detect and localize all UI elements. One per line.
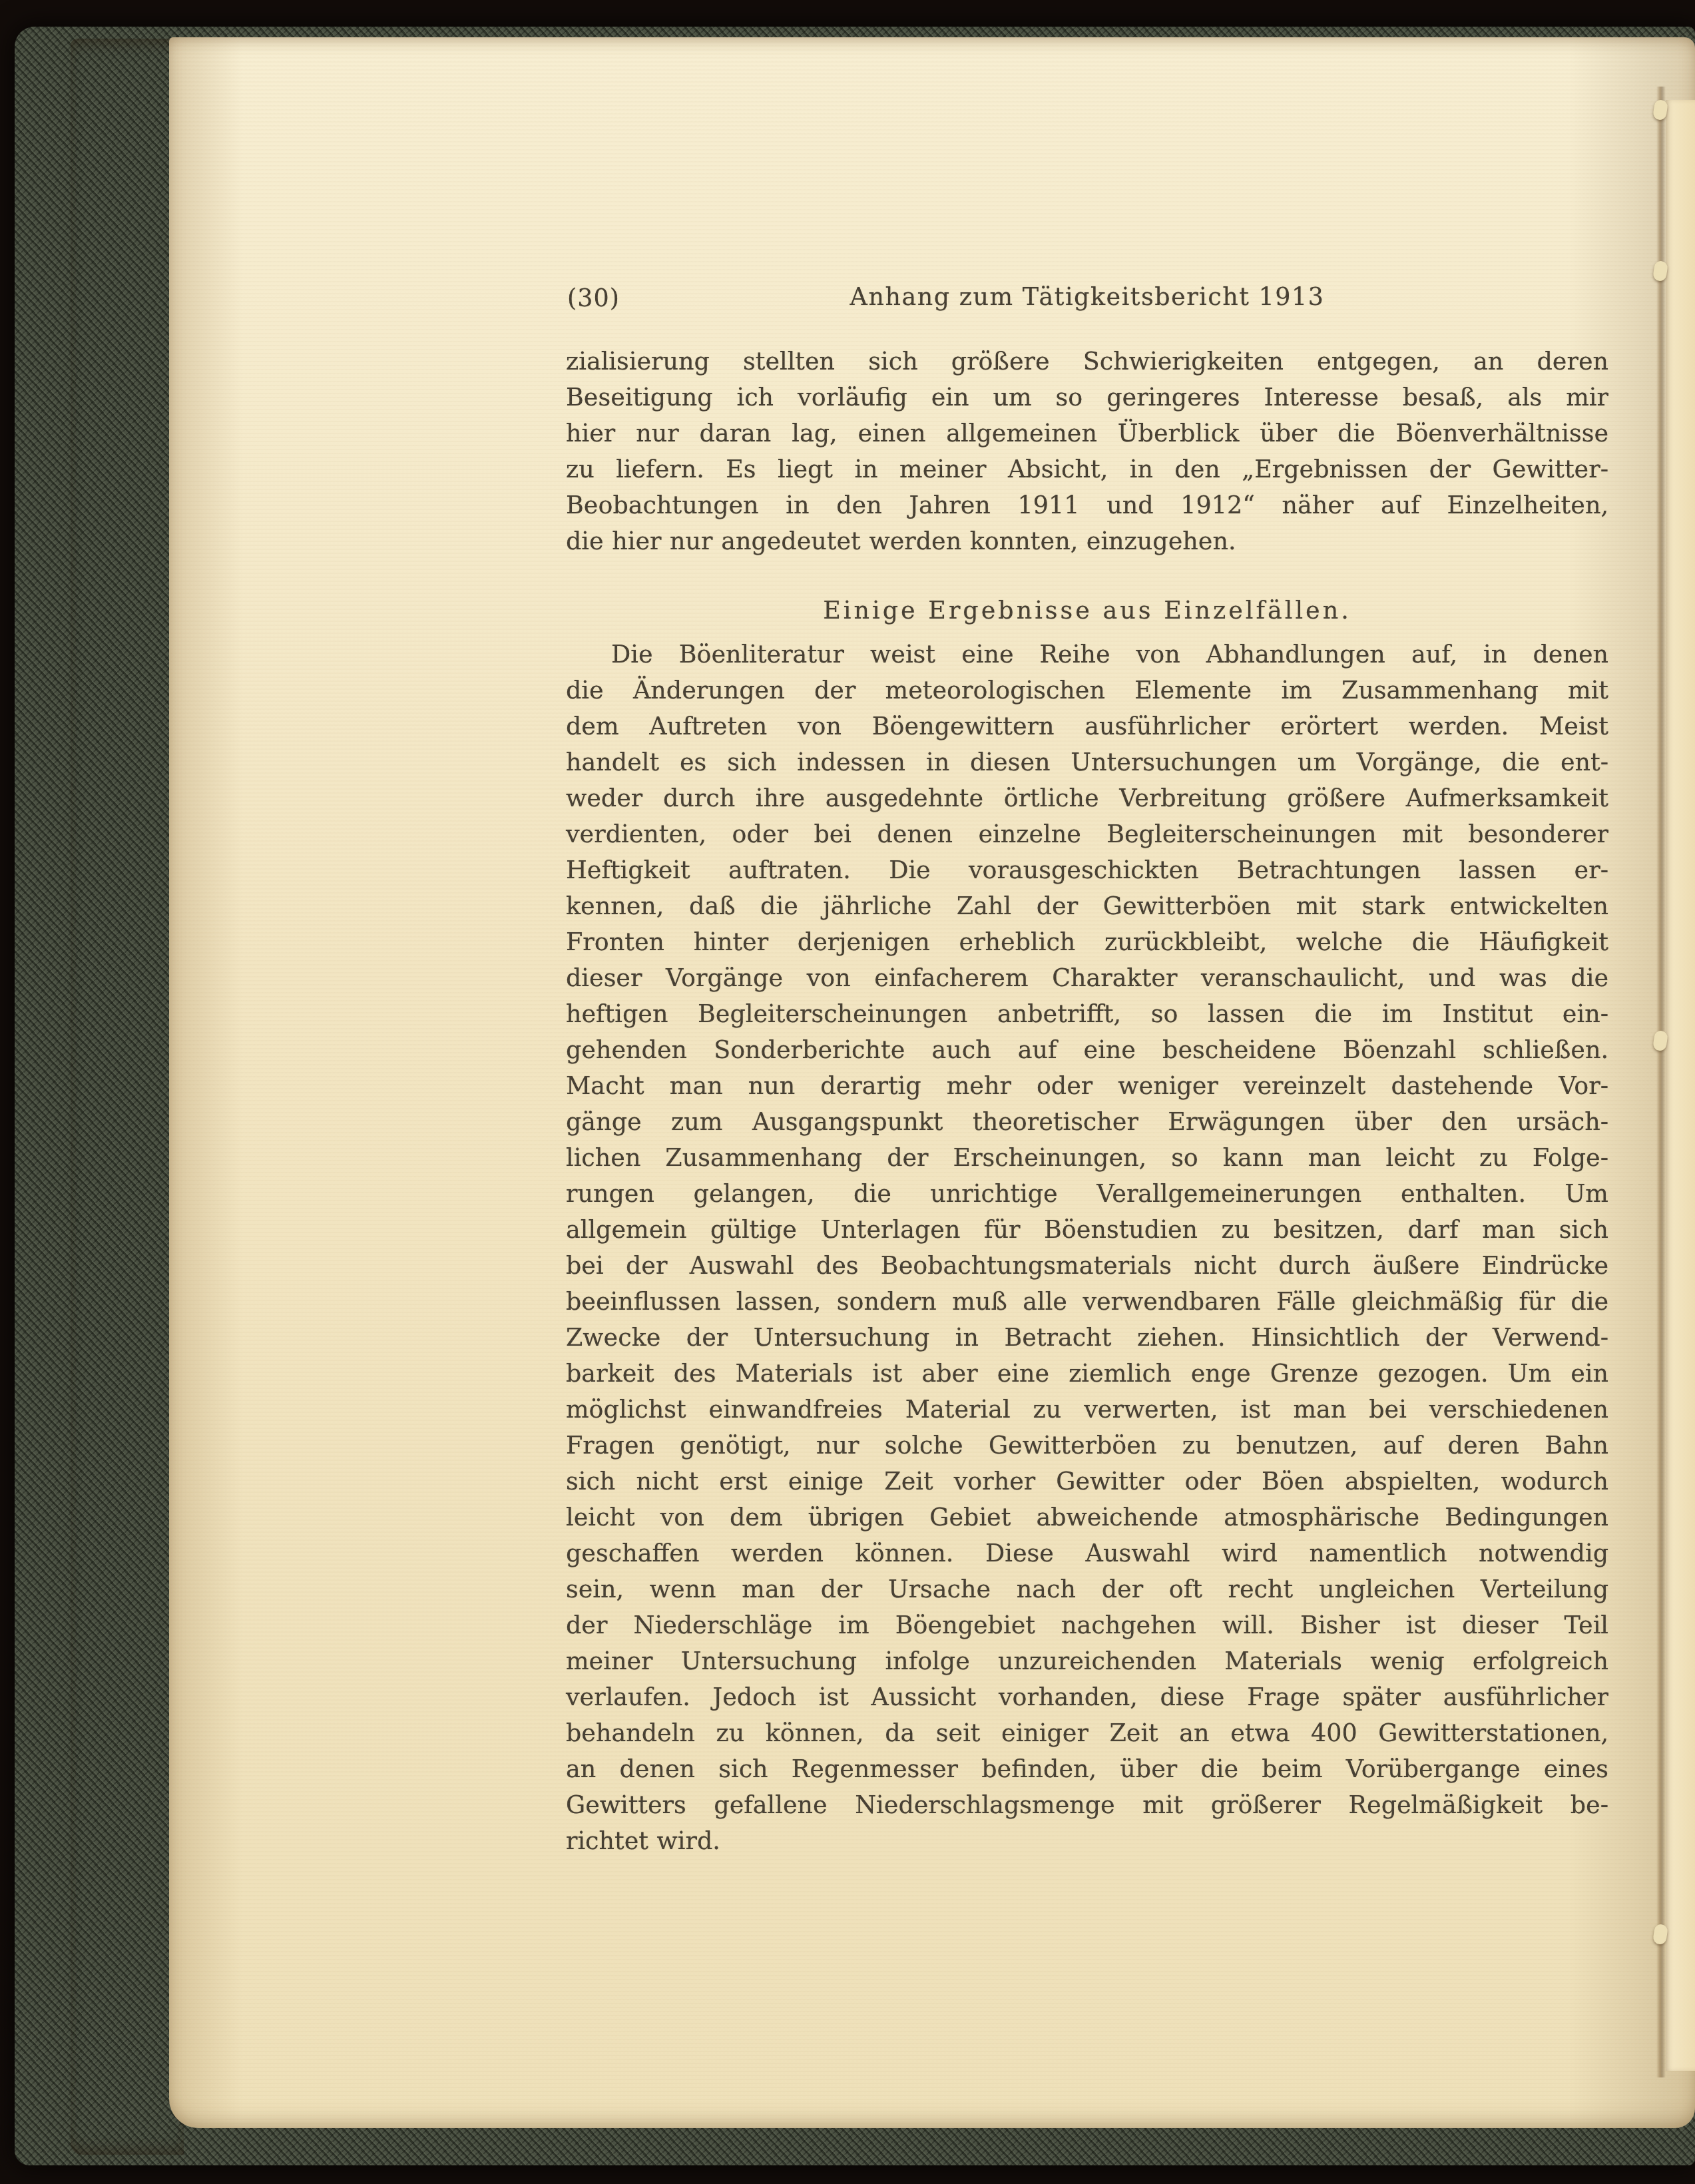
text-line: leicht von dem übrigen Gebiet abweichend…	[566, 1500, 1608, 1535]
text-line: hier nur daran lag, einen allgemeinen Üb…	[566, 415, 1608, 451]
text-line: Beobachtungen in den Jahren 1911 und 191…	[566, 487, 1608, 523]
text-line: verdienten, oder bei denen einzelne Begl…	[566, 816, 1608, 852]
text-line: zu liefern. Es liegt in meiner Absicht, …	[566, 451, 1608, 487]
text-line: beeinflussen lassen, sondern muß alle ve…	[566, 1284, 1608, 1320]
text-line: Fragen genötigt, nur solche Gewitterböen…	[566, 1428, 1608, 1464]
text-line: barkeit des Materials ist aber eine ziem…	[566, 1356, 1608, 1392]
text-line: sein, wenn man der Ursache nach der oft …	[566, 1571, 1608, 1607]
text-line: zialisierung stellten sich größere Schwi…	[566, 344, 1608, 380]
text-line: weder durch ihre ausgedehnte örtliche Ve…	[566, 780, 1608, 816]
page-text-block: (30) Anhang zum Tätigkeitsbericht 1913 z…	[566, 282, 1608, 1859]
text-line: an denen sich Regenmesser befinden, über…	[566, 1751, 1608, 1787]
text-line: sich nicht erst einige Zeit vorher Gewit…	[566, 1464, 1608, 1500]
text-line: Gewitters gefallene Niederschlagsmenge m…	[566, 1787, 1608, 1823]
text-line: bei der Auswahl des Beobachtungsmaterial…	[566, 1248, 1608, 1284]
text-line: rungen gelangen, die unrichtige Verallge…	[566, 1176, 1608, 1212]
text-line: verlaufen. Jedoch ist Aussicht vorhanden…	[566, 1679, 1608, 1715]
running-header: Anhang zum Tätigkeitsbericht 1913	[566, 282, 1608, 311]
text-line: allgemein gültige Unterlagen für Böenstu…	[566, 1212, 1608, 1248]
text-line: möglichst einwandfreies Material zu verw…	[566, 1392, 1608, 1428]
section-heading: Einige Ergebnisse aus Einzelfällen.	[566, 593, 1608, 629]
text-line: dem Auftreten von Böengewittern ausführl…	[566, 708, 1608, 744]
binding-gutter-crease	[1656, 87, 1666, 2077]
text-line: Beseitigung ich vorläufig ein um so geri…	[566, 380, 1608, 415]
text-line: die Änderungen der meteorologischen Elem…	[566, 673, 1608, 708]
book-page: (30) Anhang zum Tätigkeitsbericht 1913 z…	[169, 37, 1695, 2128]
page-number: (30)	[567, 284, 620, 312]
stacked-page-edges	[71, 39, 184, 2155]
text-line: Macht man nun derartig mehr oder weniger…	[566, 1068, 1608, 1104]
page-header: (30) Anhang zum Tätigkeitsbericht 1913	[566, 282, 1608, 316]
text-line: meiner Untersuchung infolge unzureichend…	[566, 1643, 1608, 1679]
text-line: richtet wird.	[566, 1823, 1608, 1859]
scanned-book-photo: { "page": { "page_number": "(30)", "runn…	[0, 0, 1695, 2184]
text-line: Zwecke der Untersuchung in Betracht zieh…	[566, 1320, 1608, 1356]
next-page-edge	[1666, 100, 1695, 2071]
text-line: gehenden Sonderberichte auch auf eine be…	[566, 1032, 1608, 1068]
text-line: geschaffen werden können. Diese Auswahl …	[566, 1535, 1608, 1571]
text-line: der Niederschläge im Böengebiet nachgehe…	[566, 1607, 1608, 1643]
paragraph-body: Die Böenliteratur weist eine Reihe von A…	[566, 637, 1608, 1859]
text-line: handelt es sich indessen in diesen Unter…	[566, 744, 1608, 780]
text-line: dieser Vorgänge von einfacherem Charakte…	[566, 960, 1608, 996]
text-line: heftigen Begleiterscheinungen anbetrifft…	[566, 996, 1608, 1032]
text-line: lichen Zusammenhang der Erscheinungen, s…	[566, 1140, 1608, 1176]
text-line: Die Böenliteratur weist eine Reihe von A…	[566, 637, 1608, 673]
text-line: die hier nur angedeutet werden konnten, …	[566, 523, 1608, 559]
text-line: Fronten hinter derjenigen erheblich zurü…	[566, 924, 1608, 960]
text-line: kennen, daß die jährliche Zahl der Gewit…	[566, 888, 1608, 924]
text-line: gänge zum Ausgangspunkt theoretischer Er…	[566, 1104, 1608, 1140]
text-line: behandeln zu können, da seit einiger Zei…	[566, 1715, 1608, 1751]
text-line: Heftigkeit auftraten. Die vorausgeschick…	[566, 852, 1608, 888]
paragraph-continuation: zialisierung stellten sich größere Schwi…	[566, 344, 1608, 559]
